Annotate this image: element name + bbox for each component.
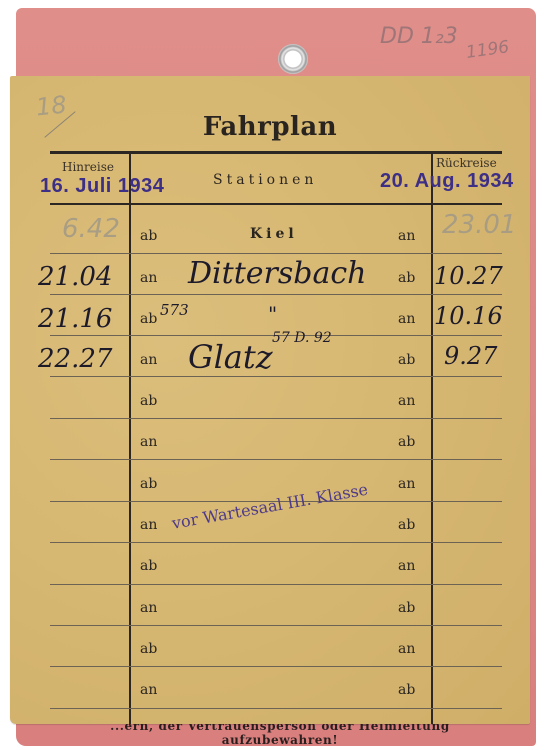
arrival-marker: an (140, 270, 157, 286)
arrival-marker: an (398, 311, 415, 327)
departure-marker: ab (140, 393, 157, 409)
departure-marker: ab (140, 311, 157, 327)
return-time-handwritten: 10.16 (434, 302, 503, 330)
return-time-handwritten: 10.27 (434, 262, 503, 290)
row-rule (50, 625, 502, 626)
station-name-printed: Kiel (250, 226, 298, 242)
arrival-marker: an (398, 641, 415, 657)
column-rule-right (431, 152, 433, 724)
meeting-point-stamp: vor Wartesaal III. Klasse (170, 480, 369, 533)
stations-column-header: Stationen (213, 172, 317, 188)
page-title: Fahrplan (10, 112, 530, 142)
station-name-handwritten: Dittersbach (188, 256, 366, 291)
column-rule-left (129, 152, 131, 724)
arrival-marker: an (140, 682, 157, 698)
arrival-marker: an (398, 476, 415, 492)
departure-marker: ab (140, 476, 157, 492)
return-time-pencil: 23.01 (442, 210, 516, 240)
archive-pencil-note: DD 1₂3 (380, 24, 458, 49)
row-rule (50, 294, 502, 295)
train-annotation: 57 D. 92 (272, 330, 332, 346)
arrival-marker: an (398, 228, 415, 244)
outbound-label: Hinreise (62, 160, 114, 174)
departure-marker: ab (140, 558, 157, 574)
outbound-time-pencil: 6.42 (62, 214, 120, 244)
row-rule (50, 708, 502, 709)
ditto-mark: " (268, 302, 277, 326)
row-rule (50, 459, 502, 460)
train-number-annotation: 573 (160, 301, 189, 319)
header-top-rule (50, 151, 502, 154)
arrival-marker: an (140, 600, 157, 616)
arrival-marker: an (140, 517, 157, 533)
archive-pencil-number: 1196 (465, 37, 511, 63)
return-label: Rückreise (436, 156, 497, 170)
row-rule (50, 584, 502, 585)
outbound-time-handwritten: 21.04 (38, 262, 112, 292)
row-rule (50, 542, 502, 543)
row-rule (50, 376, 502, 377)
outbound-time-handwritten: 21.16 (38, 304, 112, 334)
header-bottom-rule (50, 203, 502, 205)
outbound-date-stamp: 16. Juli 1934 (40, 175, 164, 198)
arrival-marker: an (140, 352, 157, 368)
departure-marker: ab (398, 352, 415, 368)
return-time-handwritten: 9.27 (444, 342, 497, 370)
return-date-stamp: 20. Aug. 1934 (380, 170, 514, 193)
departure-marker: ab (398, 517, 415, 533)
outbound-time-handwritten: 22.27 (38, 344, 112, 374)
departure-marker: ab (398, 270, 415, 286)
departure-marker: ab (140, 641, 157, 657)
arrival-marker: an (398, 558, 415, 574)
row-rule (50, 418, 502, 419)
arrival-marker: an (140, 434, 157, 450)
timetable-sheet: 18 Fahrplan Hinreise 16. Juli 1934 Stati… (10, 76, 530, 724)
departure-marker: ab (398, 434, 415, 450)
arrival-marker: an (398, 393, 415, 409)
departure-marker: ab (398, 682, 415, 698)
station-name-handwritten: Glatz (188, 338, 273, 376)
row-rule (50, 253, 502, 254)
metal-eyelet-hole (278, 44, 308, 74)
row-rule (50, 666, 502, 667)
departure-marker: ab (398, 600, 415, 616)
departure-marker: ab (140, 228, 157, 244)
